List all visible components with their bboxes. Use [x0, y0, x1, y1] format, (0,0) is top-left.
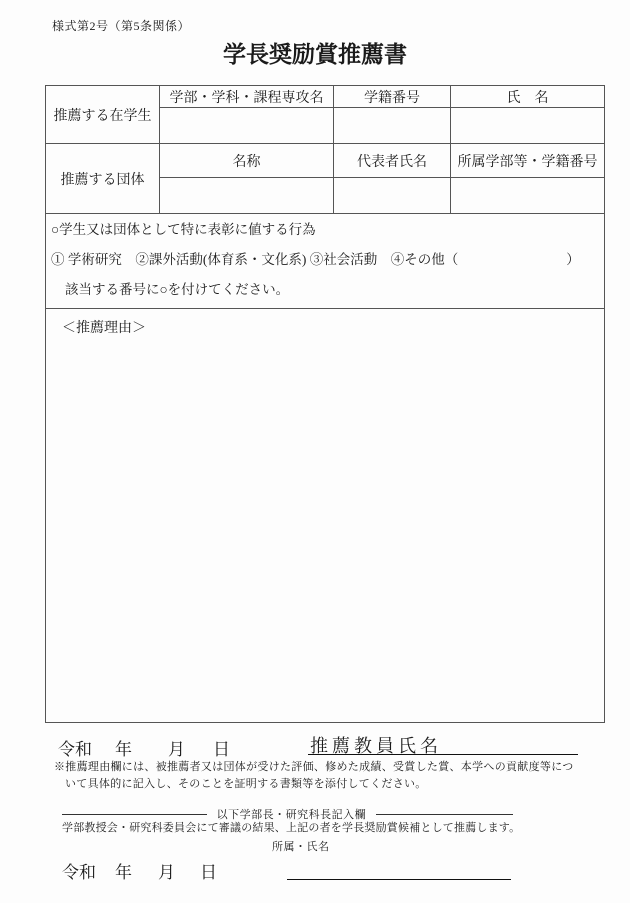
month-label: 月 [168, 740, 185, 759]
conduct-options: ① 学術研究 ②課外活動(体育系・文化系) ③社会活動 ④その他（ ） [51, 245, 599, 275]
note-text: ※推薦理由欄には、被推薦者又は団体が受けた評価、修めた成績、受賞した賞、本学への… [54, 759, 574, 793]
group-header-representative: 代表者氏名 [334, 144, 451, 178]
year-label: 年 [115, 740, 132, 759]
page-title: 学長奨励賞推薦書 [0, 36, 630, 69]
conduct-section: ○学生又は団体として特に表彰に値する行為 ① 学術研究 ②課外活動(体育系・文化… [46, 214, 604, 309]
office-date-row: 令和年月日 [62, 858, 217, 883]
divider-line-right [376, 814, 513, 815]
conduct-heading: ○学生又は団体として特に表彰に値する行為 [51, 215, 599, 245]
document-page: 様式第2号（第5条関係） 学長奨励賞推薦書 推薦する在学生 学部・学科・課程専攻… [0, 0, 630, 903]
era-label: 令和 [62, 863, 96, 882]
office-statement: 学部教授会・研究科委員会にて審議の結果、上記の者を学長奨励賞候補として推薦します… [62, 819, 520, 835]
year-label: 年 [115, 863, 132, 882]
student-header-name: 氏 名 [451, 86, 604, 108]
conduct-instruction: 該当する番号に○を付けてください。 [51, 275, 599, 305]
reason-label: ＜推薦理由＞ [62, 321, 146, 336]
form-number: 様式第2号（第5条関係） [52, 17, 190, 34]
reason-section: ＜推薦理由＞ [46, 309, 604, 722]
student-row-label: 推薦する在学生 [46, 86, 160, 144]
office-signature-underline [287, 879, 511, 880]
group-row-label: 推薦する団体 [46, 144, 160, 214]
recommender-name-underline [308, 754, 578, 755]
group-header-affiliation: 所属学部等・学籍番号 [451, 144, 604, 178]
group-input-affiliation [451, 178, 604, 214]
student-header-id: 学籍番号 [334, 86, 451, 108]
era-label: 令和 [58, 740, 92, 759]
group-input-representative [334, 178, 451, 214]
recommendation-table: 推薦する在学生 学部・学科・課程専攻名 学籍番号 氏 名 推薦する団体 名称 代… [45, 85, 605, 723]
student-input-id [334, 108, 451, 144]
day-label: 日 [213, 740, 230, 759]
group-input-name [160, 178, 334, 214]
group-header-name: 名称 [160, 144, 334, 178]
office-signature-label: 所属・氏名 [272, 838, 330, 854]
student-header-department: 学部・学科・課程専攻名 [160, 86, 334, 108]
recommender-date-row: 令和年月日 [58, 735, 230, 760]
divider-line-left [62, 814, 207, 815]
month-label: 月 [158, 863, 175, 882]
student-input-name [451, 108, 604, 144]
day-label: 日 [200, 863, 217, 882]
student-input-department [160, 108, 334, 144]
